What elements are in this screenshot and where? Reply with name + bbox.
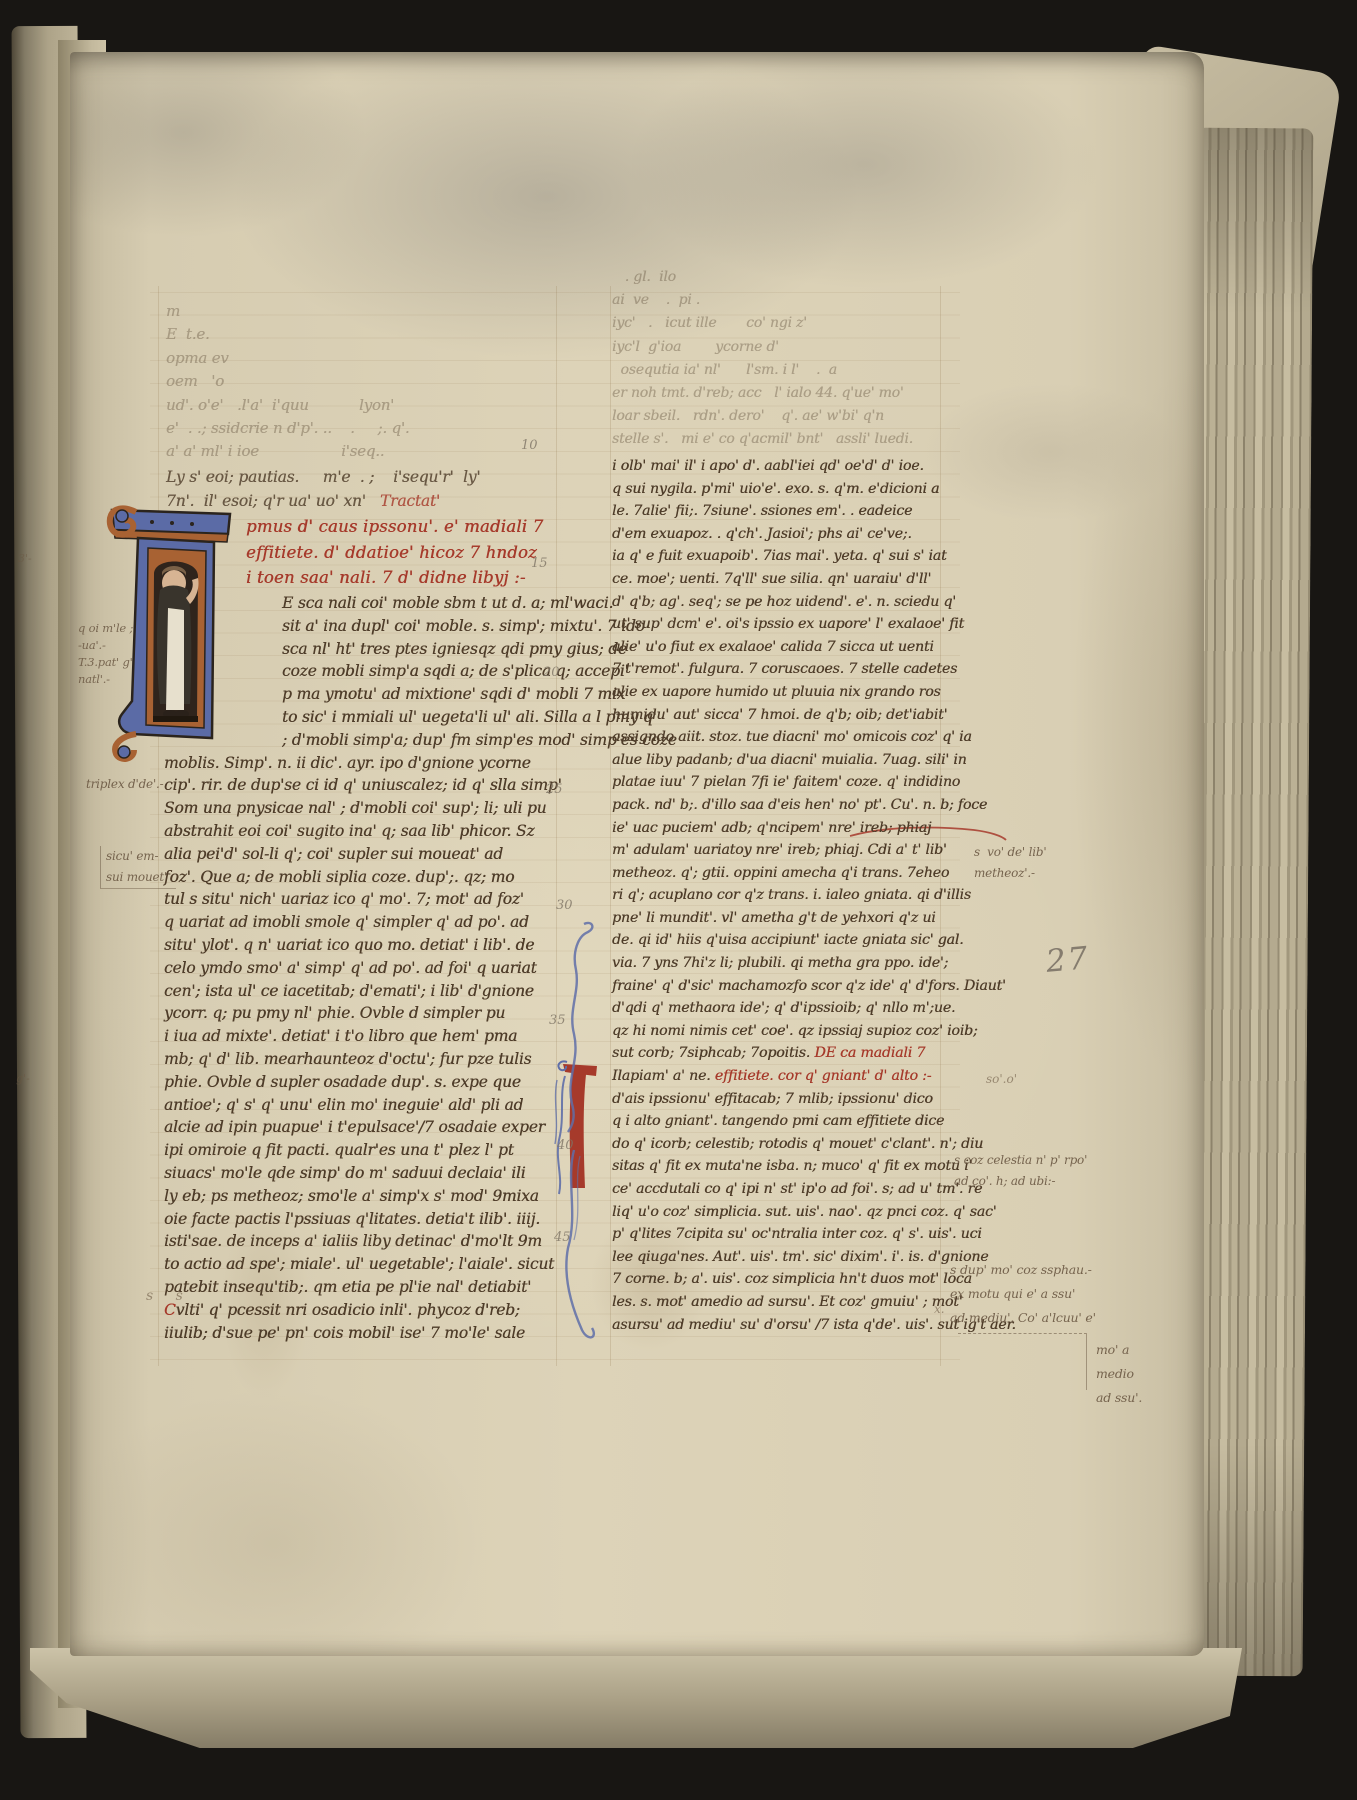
text-line: ad ssu'.	[1096, 1386, 1142, 1410]
text-line: Som una pnysicae nal' ; d'mobli coi' sup…	[164, 797, 677, 820]
text-line: q i alto gniant'. tangendo pmi cam effit…	[612, 1110, 1016, 1133]
text-line: oie facte pactis l'pssiuas q'litates. de…	[164, 1208, 677, 1231]
text-line: sut corb; 7siphcab; 7opoitis. DE ca madi…	[612, 1042, 1016, 1065]
text-line: ri q'; acuplano cor q'z trans. i. ialeo …	[612, 884, 1016, 907]
text-line: humidu' aut' sicca' 7 hmoi. de q'b; oib;…	[612, 704, 1016, 727]
text-line: 7n'. il' esoi; q'r ua' uo' xn' Tractat'	[166, 490, 480, 514]
text-line: p ma ymotu' ad mixtione' sqdi d' mobli 7…	[164, 683, 677, 706]
line-number: 45	[554, 1230, 571, 1245]
text-line: metheoz. q'; gtii. oppini amecha q'i tra…	[612, 862, 1016, 885]
text-line: siuacs' mo'le qde simp' do m' saduui dec…	[164, 1162, 677, 1185]
text-line: loar sbeil. rdn'. dero' q'. ae' w'bi' q'…	[612, 405, 913, 428]
left-column-intro-lines: Ly s' eoi; pautias. m'e . ; i'sequ'r' ly…	[166, 466, 480, 513]
text-line: ad co'. h; ad ubi:-	[954, 1171, 1087, 1192]
text-line: triplex d'de'.-	[86, 774, 164, 795]
text-line: Ilapiam' a' ne. effitiete. cor q' gniant…	[612, 1065, 1016, 1088]
text-line: isti'sae. de inceps a' ialiis liby detin…	[164, 1230, 677, 1253]
text-line: via. 7 yns 7hi'z li; plubili. qi metha g…	[612, 952, 1016, 975]
text-line: platae iuu' 7 pielan 7fi ie' faitem' coz…	[612, 771, 1016, 794]
text-line: alie' u'o fiut ex exalaoe' calida 7 sicc…	[612, 636, 1016, 659]
right-margin-gloss-1: s vo' de' lib'metheoz'.-	[974, 842, 1046, 884]
text-line: liq' u'o coz' simplicia. sut. uis'. nao'…	[612, 1201, 1016, 1224]
text-line: i iua ad mixte'. detiat' i t'o libro que…	[164, 1025, 677, 1048]
manuscript-photo: mE t.e.opma evoem 'oud'. o'e' .l'a' i'qu…	[0, 0, 1357, 1800]
right-column-body: i olb' mai' il' i apo' d'. aabl'iei qd' …	[612, 455, 1016, 1336]
text-line: moblis. Simp'. n. ii dic'. ayr. ipo d'gn…	[164, 752, 677, 775]
text-line: d'qdi q' methaora ide'; q' d'ipssioib; q…	[612, 997, 1016, 1020]
text-line: coze mobli simp'a sqdi a; de s'plica q; …	[164, 660, 677, 683]
line-number: 35	[549, 1013, 566, 1028]
left-column-body: E sca nali coi' moble sbm t ut d. a; ml'…	[164, 592, 677, 1344]
text-line: mo' a	[1096, 1338, 1142, 1362]
text-line: ad mediu'. Co' a'lcuu' e'	[950, 1306, 1096, 1330]
text-line: pmus d' caus ipssonu'. e' madiali 7	[246, 514, 543, 540]
left-column-faded-text: mE t.e.opma evoem 'oud'. o'e' .l'a' i'qu…	[166, 300, 409, 464]
text-line: alue liby padanb; d'ua diacni' muialia. …	[612, 749, 1016, 772]
text-line: alcie ad ipin puapue' i t'epulsace'/7 os…	[164, 1116, 677, 1139]
text-line: stelle s'. mi e' co q'acmil' bnt' assli'…	[612, 428, 913, 451]
left-edge-mark: 3'-	[18, 552, 32, 565]
line-number: 15	[531, 556, 548, 571]
right-margin-gloss-3b: mo' amedioad ssu'.	[1096, 1338, 1142, 1410]
text-line: ud'. o'e' .l'a' i'quu lyon'	[166, 394, 409, 417]
text-line: sca nl' ht' tres ptes igniesqz qdi pmy g…	[164, 638, 677, 661]
text-line: medio	[1096, 1362, 1142, 1386]
right-margin-gloss-2: s coz celestia n' p' rpo'ad co'. h; ad u…	[954, 1150, 1087, 1192]
text-line: s coz celestia n' p' rpo'	[954, 1150, 1087, 1171]
text-line: to actio ad spe'; miale'. ul' uegetable'…	[164, 1253, 677, 1276]
text-line: pne' li mundit'. vl' ametha g't de yehxo…	[612, 907, 1016, 930]
text-line: iyc'l g'ioa ycorne d'	[612, 336, 913, 359]
book-cover-bottom	[30, 1648, 1242, 1748]
text-line: opma ev	[166, 347, 409, 370]
text-line: foz'. Que a; de mobli siplia coze. dup';…	[164, 866, 677, 889]
text-line: E t.e.	[166, 323, 409, 346]
left-column-rubric: pmus d' caus ipssonu'. e' madiali 7effit…	[246, 514, 543, 591]
text-line: qz hi nomi nimis cet' coe'. qz ipssiaj s…	[612, 1020, 1016, 1043]
text-line: i olb' mai' il' i apo' d'. aabl'iei qd' …	[612, 455, 1016, 478]
text-line: oem 'o	[166, 370, 409, 393]
text-line: . gl. ilo	[612, 266, 913, 289]
text-line: m	[166, 300, 409, 323]
left-margin-gloss-2: triplex d'de'.-	[86, 774, 164, 795]
text-line: e' . .; ssidcrie n d'p'. .. . ;. q'.	[166, 417, 409, 440]
ruling-vertical	[158, 286, 159, 1366]
line-number: 20	[543, 665, 560, 680]
text-line: le. 7alie' fii;. 7siune'. ssiones em'. .…	[612, 500, 1016, 523]
text-line: alia pei'd' sol-li q'; coi' supler sui m…	[164, 843, 677, 866]
text-line: er noh tmt. d'reb; acc l' ialo 44. q'ue'…	[612, 382, 913, 405]
left-margin-gloss-3: sicu' em-sui mouet'	[100, 846, 176, 889]
text-line: metheoz'.-	[974, 863, 1046, 884]
text-line: iyc' . icut ille co' ngi z'	[612, 312, 913, 335]
text-line: patebit insequ'tib;. qm etia pe pl'ie na…	[164, 1276, 677, 1299]
right-column-faded-text: . gl. iloai ve . pi .iyc' . icut ille co…	[612, 266, 913, 452]
x-mark: x.	[934, 1302, 945, 1316]
line-number: 40	[557, 1138, 574, 1153]
text-line: ; d'mobli simp'a; dup' fm simp'es mod' s…	[164, 729, 677, 752]
text-line: alie ex uapore humido ut pluuia nix gran…	[612, 681, 1016, 704]
text-line: ipi omiroie q fit pacti. qualr'es una t'…	[164, 1139, 677, 1162]
text-line: sicu' em-	[106, 846, 176, 867]
text-line: osequtia ia' nl' l'sm. i l' . a	[612, 359, 913, 382]
text-line: s dup' mo' coz ssphau.-	[950, 1258, 1096, 1282]
text-line: iiulib; d'sue pe' pn' cois mobil' ise' 7…	[164, 1322, 677, 1345]
text-line: i toen saa' nali. 7 d' didne libyj :-	[246, 565, 543, 591]
text-line: natl'.-	[78, 671, 158, 688]
text-line: 7 t'remot'. fulgura. 7 coruscaoes. 7 ste…	[612, 658, 1016, 681]
text-line: cen'; ista ul' ce iacetitab; d'emati'; i…	[164, 980, 677, 1003]
text-line: ut' sup' dcm' e'. oi's ipssio ex uapore'…	[612, 613, 1016, 636]
text-line: ai ve . pi .	[612, 289, 913, 312]
line-number: 25	[546, 782, 563, 797]
text-line: ia q' e fuit exuapoib'. 7ias mai'. yeta.…	[612, 545, 1016, 568]
text-line: q sui nygila. p'mi' uio'e'. exo. s. q'm.…	[612, 478, 1016, 501]
text-line: effitiete. d' ddatioe' hicoz 7 hndoz	[246, 540, 543, 566]
quire-marks: s s	[146, 1288, 192, 1304]
text-line: abstrahit eoi coi' sugito ina' q; saa li…	[164, 820, 677, 843]
text-line: p' q'lites 7cipita su' oc'ntralia inter …	[612, 1223, 1016, 1246]
text-line: situ' ylot'. q n' uariat ico quo mo. det…	[164, 934, 677, 957]
text-line: d' q'b; ag'. seq'; se pe hoz uidend'. e'…	[612, 591, 1016, 614]
text-line: tul s situ' nich' uariaz ico q' mo'. 7; …	[164, 888, 677, 911]
text-line: pack. nd' b;. d'illo saa d'eis hen' no' …	[612, 794, 1016, 817]
text-line: Cvlti' q' pcessit nri osadicio inli'. ph…	[164, 1299, 677, 1322]
text-line: q uariat ad imobli smole q' simpler q' a…	[164, 911, 677, 934]
text-line: mb; q' d' lib. mearhaunteoz d'octu'; fur…	[164, 1048, 677, 1071]
page-stack-edges	[1191, 128, 1314, 1677]
text-line: ex motu qui e' a ssu'	[950, 1282, 1096, 1306]
line-number: 10	[521, 438, 538, 453]
left-margin-gloss-1: q oi m'le ;-ua'.-T.3.pat' g'natl'.-	[78, 620, 158, 688]
left-edge-mark: g'-	[16, 1072, 30, 1085]
text-line: fraine' q' d'sic' machamozfo scor q'z id…	[612, 975, 1016, 998]
gloss-bracket	[958, 1333, 1087, 1390]
text-line: antioe'; q' s' q' unu' elin mo' ineguie'…	[164, 1094, 677, 1117]
right-margin-scribble: so'.o'	[986, 1072, 1017, 1086]
text-line: ly eb; ps metheoz; smo'le a' simp'x s' m…	[164, 1185, 677, 1208]
text-line: ie' uac puciem' adb; q'ncipem' nre' ireb…	[612, 817, 1016, 840]
text-line: d'em exuapoz. . q'ch'. Jasioi'; phs ai' …	[612, 523, 1016, 546]
text-line: cip'. rir. de dup'se ci id q' uniuscalez…	[164, 774, 677, 797]
text-line: sui mouet'	[106, 867, 176, 888]
text-line: phie. Ovble d supler osadade dup'. s. ex…	[164, 1071, 677, 1094]
text-line: m' adulam' uariatoy nre' ireb; phiaj. Cd…	[612, 839, 1016, 862]
folio-number: 27	[1045, 940, 1091, 980]
text-line: -ua'.-	[78, 637, 158, 654]
text-line: de. qi id' hiis q'uisa accipiunt' iacte …	[612, 929, 1016, 952]
text-line: assigndo aiit. stoz. tue diacni' mo' omi…	[612, 726, 1016, 749]
text-line: a' a' ml' i ioe i'seq..	[166, 440, 409, 463]
text-line: ycorr. q; pu pmy nl' phie. Ovble d simpl…	[164, 1002, 677, 1025]
text-line: celo ymdo smo' a' simp' q' ad po'. ad fo…	[164, 957, 677, 980]
text-line: T.3.pat' g'	[78, 654, 158, 671]
text-line: to sic' i mmiali ul' uegeta'li ul' ali. …	[164, 706, 677, 729]
text-line: d'ais ipssionu' effitacab; 7 mlib; ipssi…	[612, 1088, 1016, 1111]
text-line: s vo' de' lib'	[974, 842, 1046, 863]
text-line: ce. moe'; uenti. 7q'll' sue silia. qn' u…	[612, 568, 1016, 591]
text-line: q oi m'le ;	[78, 620, 158, 637]
text-line: Ly s' eoi; pautias. m'e . ; i'sequ'r' ly…	[166, 466, 480, 490]
right-margin-gloss-3: s dup' mo' coz ssphau.-ex motu qui e' a …	[950, 1258, 1096, 1330]
text-line: sit a' ina dupl' coi' moble. s. simp'; m…	[164, 615, 677, 638]
text-line: E sca nali coi' moble sbm t ut d. a; ml'…	[164, 592, 677, 615]
line-number: 30	[556, 898, 573, 913]
